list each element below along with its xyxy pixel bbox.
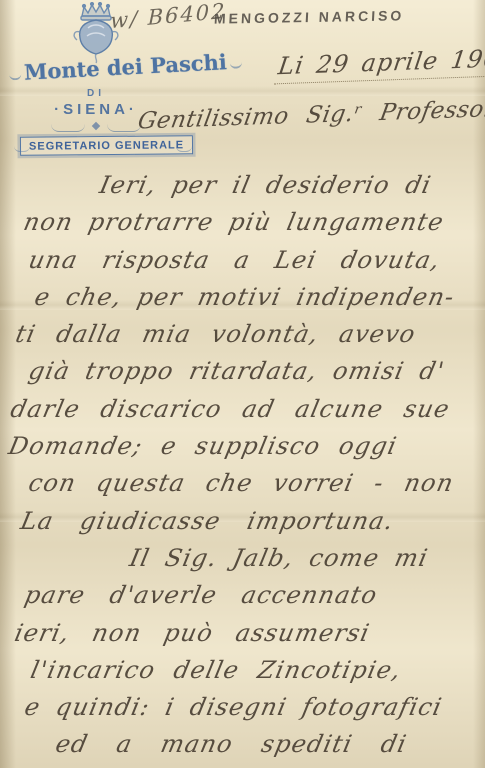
handwriting-line: ed a mano spediti di [52,726,485,763]
handwriting-line: La giudicasse importuna. [17,503,485,540]
handwriting-line: già troppo ritardata, omisi d' [25,353,485,390]
flourish-ornament [51,122,141,132]
date-line: Li 29 aprile 1904 [274,44,485,85]
handwriting-line: e quindi: i disegni fotografici [21,689,485,726]
office-banner: SEGRETARIO GENERALE [20,135,193,156]
sender-name-annotation: MENGOZZI NARCISO [214,7,405,26]
salutation: Gentilissimo Sig.ʳ Professore [136,95,485,134]
handwriting-line: Ieri, per il desiderio di [96,167,485,204]
handwriting-line: ieri, non può assumersi [11,615,485,652]
handwriting-line: Il Sig. Jalb, come mi [126,540,485,577]
handwriting-line: Domande; e supplisco oggi [5,428,485,465]
handwriting-line: con questa che vorrei - non [25,465,485,502]
office-banner-frame: SEGRETARIO GENERALE [20,134,186,155]
bank-name: Monte dei Paschi [5,51,186,85]
handwriting-line: darle discarico ad alcune sue [7,391,485,428]
handwriting-line: non protrarre più lungamente [20,204,485,241]
handwriting-line: e che, per motivi indipenden- [31,279,485,316]
letterhead-di-label: DI [6,88,186,99]
letter-body: Ieri, per il desiderio dinon protrarre p… [0,167,485,764]
handwriting-line: ti dalla mia volontà, avevo [12,316,485,353]
scanned-letter-page: w/ B6402 MENGOZZI NARCISO Monte dei Pasc… [0,0,485,768]
handwriting-line: pare d'averle accennato [21,577,485,614]
handwriting-line: una risposta a Lei dovuta, [25,242,485,279]
handwriting-line: l'incarico delle Zincotipie, [27,652,485,689]
